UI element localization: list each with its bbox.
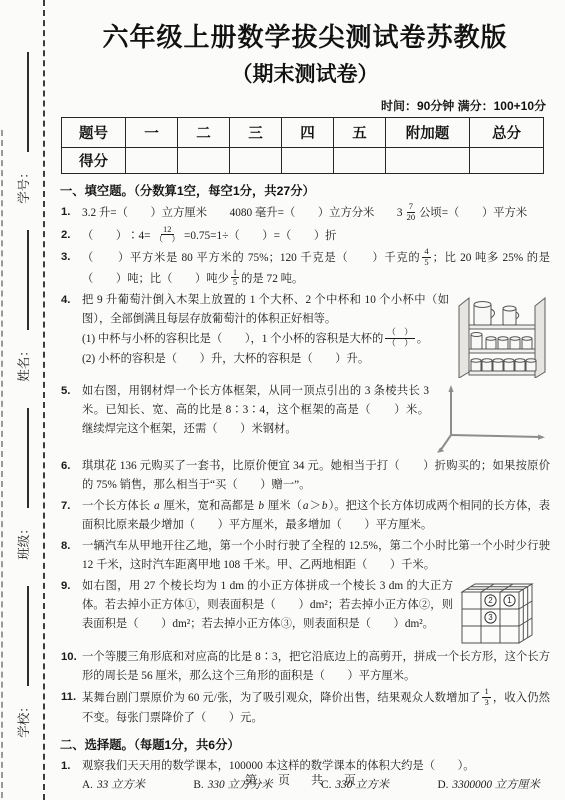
cube-label-1: 1 — [507, 596, 512, 605]
section1-heading: 一、填空题。（分数算1空，每空1分，共27分） — [60, 182, 550, 201]
question: 8.一辆汽车从甲地开往乙地，第一个小时行驶了全程的 12.5%，第二个小时比第一… — [60, 537, 550, 575]
score-table-header-cell: 二 — [178, 118, 230, 148]
question: 10.一个等腰三角形底和对应高的比是 8∶3，把它沿底边上的高剪开，拼成一个长方… — [60, 648, 550, 686]
question: 5.如右图，用钢材焊一个长方体框架，从同一顶点引出的 3 条棱共长 3 米。已知… — [60, 382, 550, 455]
margin-label-text: 姓名： — [14, 344, 32, 382]
question-text: 厘米，宽和高都是 — [161, 500, 258, 512]
question-text: (2) 小杯的容积是（ ）升，大杯的容积是（ ）升。 — [82, 353, 369, 365]
question-number: 3. — [61, 248, 70, 267]
fraction: 15 — [231, 268, 239, 289]
question-text: 如右图，用钢材焊一个长方体框架，从同一顶点引出的 3 条棱共长 3 米。已知长、… — [82, 385, 429, 435]
question-text: ＞ — [310, 500, 321, 512]
fraction: 720 — [405, 203, 418, 223]
margin-label-text: 学号： — [14, 166, 32, 204]
question-number: 5. — [61, 382, 70, 401]
question-text: 一个长方体长 — [82, 500, 153, 512]
question: 4.把 9 升葡萄汁倒入木架上放置的 1 个大杯、2 个中杯和 10 个小杯中（… — [60, 291, 550, 380]
question-text: =0.75=1÷（ ）=（ ）折 — [184, 229, 336, 241]
question-text: 把 9 升葡萄汁倒入木架上放置的 1 个大杯、2 个中杯和 10 个小杯中（如图… — [82, 294, 449, 325]
margin-label-class: 班级： — [4, 510, 42, 572]
question-text: 一个等腰三角形底和对应高的比是 8∶3，把它沿底边上的高剪开，拼成一个长方形，这… — [82, 651, 550, 682]
score-table-header-cell: 一 — [126, 118, 178, 148]
question-text: （ ）∶4= — [82, 229, 151, 241]
question: 11.某舞台剧门票原价为 60 元/张，为了吸引观众，降价出售，结果观众人数增加… — [60, 688, 550, 728]
question: 1.3.2 升=（ ）立方厘米 4080 毫升=（ ）立方分米 3720公顷=（… — [60, 203, 550, 224]
question-number: 11. — [61, 688, 76, 707]
score-table-header-cell: 三 — [230, 118, 282, 148]
margin-label-text: 学校： — [14, 700, 32, 738]
question-number: 1. — [61, 203, 70, 222]
question: 6.琪琪花 136 元购买了一套书，比原价便宜 34 元。她相当于打（ ）折购买… — [60, 457, 550, 495]
fraction: 12（ ） — [153, 226, 183, 246]
cube-label-3: 3 — [488, 613, 493, 622]
question-text: 厘米（ — [265, 500, 302, 512]
question-text: (1) 中杯与小杯的容积比是（ ），1 个小杯的容积是大杯的 — [82, 333, 383, 345]
page-edge-dashes — [1, 130, 3, 798]
question: 2.（ ）∶4=12（ ）=0.75=1÷（ ）=（ ）折 — [60, 226, 550, 247]
score-cell — [230, 148, 282, 174]
question-text: 3.2 升=（ ）立方厘米 4080 毫升=（ ）立方分米 3 — [82, 207, 403, 219]
question-number: 7. — [61, 497, 70, 516]
score-cell — [470, 148, 544, 174]
page-subtitle: （期末测试卷） — [60, 58, 550, 88]
section1-questions: 1.3.2 升=（ ）立方厘米 4080 毫升=（ ）立方分米 3720公顷=（… — [60, 203, 550, 728]
score-row-label: 得分 — [62, 148, 126, 174]
score-table-score-row: 得分 — [62, 148, 544, 174]
fraction: 13 — [482, 688, 490, 708]
margin-label-name: 姓名： — [4, 332, 42, 394]
question-text: 。 — [417, 333, 428, 345]
margin-label-text: 班级： — [14, 522, 32, 560]
question: 7.一个长方体长 a 厘米，宽和高都是 b 厘米（a＞b）。把这个长方体切成两个… — [60, 497, 550, 535]
score-table-header-cell: 题号 — [62, 118, 126, 148]
question-number: 4. — [61, 291, 70, 310]
cube-figure: 2 1 3 — [460, 578, 548, 644]
score-table-header-row: 题号 一 二 三 四 五 附加题 总分 — [62, 118, 544, 148]
margin-write-line — [27, 230, 29, 330]
score-cell — [178, 148, 230, 174]
question-text: 一辆汽车从甲地开往乙地，第一个小时行驶了全程的 12.5%，第二个小时比第一个小… — [82, 540, 550, 571]
variable: b — [321, 500, 329, 512]
question-text: 如右图，用 27 个棱长均为 1 dm 的小正方体拼成一个棱长 3 dm 的大正… — [82, 580, 453, 630]
page-title: 六年级上册数学拔尖测试卷苏教版 — [60, 17, 550, 54]
test-paper-page: 学号： 姓名： 班级： 学校： 六年级上册数学拔尖测试卷苏教版 （期末测试卷） … — [0, 0, 565, 800]
question-number: 8. — [61, 537, 70, 556]
score-table-header-cell: 四 — [282, 118, 334, 148]
variable: a — [302, 500, 310, 512]
question-text: 的是 72 吨。 — [241, 272, 303, 284]
question-number: 9. — [61, 577, 70, 596]
score-cell — [282, 148, 334, 174]
score-table-header-cell: 五 — [334, 118, 386, 148]
question-number: 2. — [61, 226, 70, 245]
question-number: 10. — [61, 648, 77, 667]
question-number: 6. — [61, 457, 70, 476]
margin-write-line — [27, 408, 29, 508]
question-text: 琪琪花 136 元购买了一套书，比原价便宜 34 元。她相当于打（ ）折购买的；… — [82, 460, 550, 491]
score-cell — [386, 148, 470, 174]
fraction: （ ）（ ） — [385, 328, 415, 349]
section2-heading: 二、选择题。（每题1分，共6分） — [60, 736, 550, 755]
paper-content: 六年级上册数学拔尖测试卷苏教版 （期末测试卷） 时间：90分钟 满分：100+1… — [60, 0, 550, 795]
cuboid-edges-figure — [436, 383, 548, 453]
score-table-header-cell: 总分 — [470, 118, 544, 148]
question: 3.（ ）平方米是 80 平方米的 75%；120 千克是（ ）千克的45；比 … — [60, 248, 550, 289]
question-text: 公顷=（ ）平方米 — [419, 207, 527, 219]
time-info: 时间：90分钟 满分：100+10分 — [60, 97, 546, 114]
score-table: 题号 一 二 三 四 五 附加题 总分 得分 — [61, 117, 544, 174]
page-footer: 第 页 共 页 — [60, 771, 550, 788]
question: 2 1 3 9.如右图，用 27 个棱长均为 1 dm 的小正方体拼成一个棱长 … — [60, 577, 550, 646]
fraction: 45 — [422, 248, 430, 268]
question-text: 某舞台剧门票原价为 60 元/张，为了吸引观众，降价出售，结果观众人数增加了 — [82, 692, 480, 704]
score-cell — [334, 148, 386, 174]
cup-shelf-figure — [456, 292, 548, 378]
margin-label-student-id: 学号： — [4, 154, 42, 216]
score-cell — [126, 148, 178, 174]
dashed-divider — [43, 0, 45, 800]
margin-write-line — [27, 586, 29, 686]
cube-label-2: 2 — [488, 596, 493, 605]
score-table-header-cell: 附加题 — [386, 118, 470, 148]
margin-label-school: 学校： — [4, 688, 42, 750]
variable: a — [153, 500, 161, 512]
variable: b — [257, 500, 265, 512]
question-text: （ ）平方米是 80 平方米的 75%；120 千克是（ ）千克的 — [82, 252, 420, 264]
margin-write-line — [27, 52, 29, 152]
question-text: 观察我们天天用的数学课本，100000 本这样的数学课本的体积大约是（ ）。 — [82, 760, 475, 772]
